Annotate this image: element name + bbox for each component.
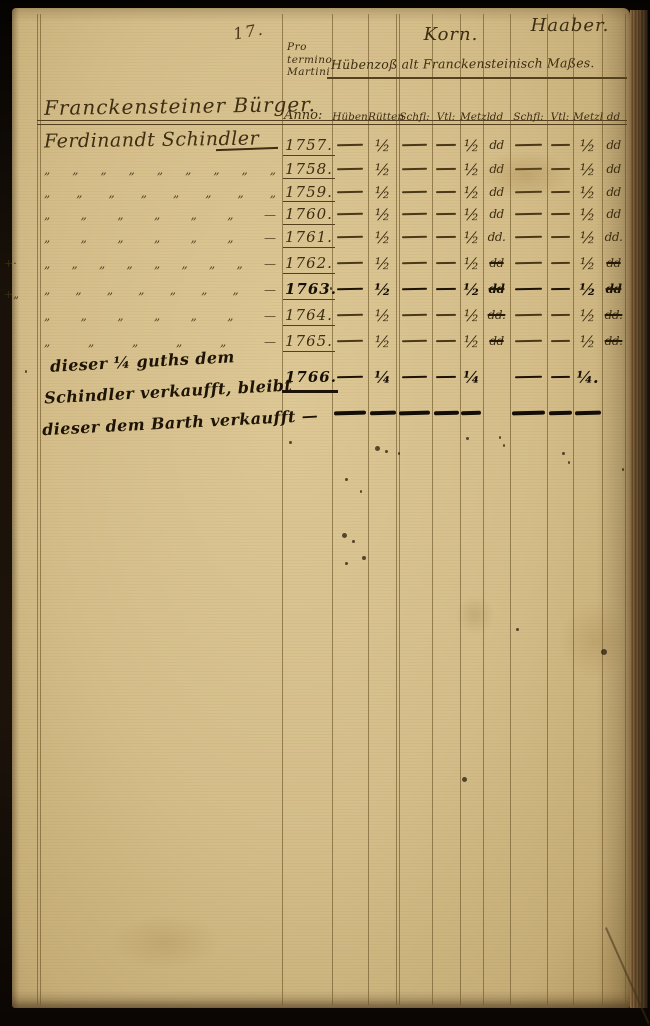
dash-mark: [337, 376, 363, 379]
value-cell: [432, 191, 460, 193]
dash-mark: [515, 168, 542, 170]
dash-mark: [402, 376, 427, 379]
fraction-value: ¼: [374, 368, 391, 387]
value-cell: [397, 376, 432, 378]
anno-year-cell: 1762.: [282, 254, 332, 272]
value-cell: ½: [460, 183, 483, 202]
table-row: 1764.½½dd.½dd.: [282, 304, 625, 326]
ditto-mark: „: [154, 231, 160, 245]
ink-spot: [360, 490, 362, 493]
ditto-mark: „: [182, 257, 188, 271]
value-cell: dd: [602, 207, 625, 221]
dash-mark: [549, 411, 572, 416]
dash-mark: [436, 376, 456, 379]
ditto-dd-mark: dd.: [605, 230, 623, 244]
ditto-mark: —: [264, 283, 276, 297]
value-cell: [332, 236, 368, 238]
ditto-mark: —: [264, 335, 276, 349]
ditto-dd-mark: dd: [489, 282, 505, 296]
dash-mark: [551, 236, 570, 238]
ditto-mark: „: [44, 231, 50, 245]
ditto-dd-mark: dd: [606, 138, 620, 152]
value-cell: [547, 168, 573, 170]
ditto-dd-mark: dd.: [605, 334, 623, 348]
column-header-label: Anno:: [282, 108, 332, 123]
value-cell: dd: [602, 256, 625, 270]
ditto-mark: „: [242, 163, 248, 177]
ditto-row: „„„„„„„„—: [44, 257, 276, 271]
value-cell: [432, 236, 460, 238]
fraction-value: ½: [464, 254, 480, 273]
value-cell: ½: [573, 205, 602, 224]
dash-mark: [551, 288, 570, 291]
value-cell: [397, 314, 432, 316]
dash-mark: [515, 262, 542, 264]
value-cell: [432, 262, 460, 264]
value-cell: ¼: [368, 368, 397, 387]
ditto-dd-mark: dd: [606, 256, 620, 270]
dash-mark: [515, 340, 542, 342]
ditto-dd-mark: dd.: [488, 308, 506, 322]
ditto-mark: —: [264, 231, 276, 245]
fraction-value: ½: [464, 183, 480, 202]
ditto-dd-mark: dd.: [488, 230, 506, 244]
fraction-value: ½: [464, 228, 480, 247]
value-cell: [510, 376, 547, 378]
measure-note: Hübenzoß alt Franckensteinisch Maßes.: [331, 55, 627, 72]
column-header-label: Metzl: [573, 111, 602, 123]
ink-spot: [330, 287, 332, 290]
dash-mark: [402, 262, 427, 264]
value-cell: [432, 213, 460, 215]
ink-spot: [375, 446, 380, 451]
ditto-mark: „: [205, 186, 211, 200]
ruled-vline: [40, 14, 41, 1005]
value-cell: [432, 314, 460, 316]
column-header-label: Schfl:: [510, 111, 547, 123]
value-cell: dd: [483, 282, 510, 296]
ditto-mark: „: [154, 309, 160, 323]
ditto-row: „„„„„„„—: [44, 283, 276, 297]
value-cell: [397, 191, 432, 193]
dash-mark: [515, 288, 542, 291]
ditto-mark: „: [81, 309, 87, 323]
value-cell: dd: [602, 138, 625, 152]
value-cell: [397, 213, 432, 215]
value-cell: dd: [483, 256, 510, 270]
fraction-value: ½: [580, 254, 596, 273]
ditto-mark: „: [44, 257, 50, 271]
ditto-mark: „: [100, 163, 106, 177]
table-row: [282, 402, 625, 424]
ditto-dd-mark: dd: [489, 207, 503, 221]
ditto-mark: „: [44, 283, 50, 297]
value-cell: [332, 314, 368, 316]
value-cell: [460, 411, 483, 415]
value-cell: [547, 236, 573, 238]
value-cell: dd.: [483, 230, 510, 244]
anno-year-cell: 1757.: [282, 136, 332, 154]
ditto-dd-mark: dd: [489, 138, 503, 152]
column-headers: Anno:HübenRüttenSchfl:Vtl:MetzlddSchfl:V…: [282, 101, 625, 123]
value-cell: [332, 340, 368, 342]
ditto-mark: „: [191, 208, 197, 222]
value-cell: dd: [483, 207, 510, 221]
dash-mark: [337, 288, 363, 291]
value-cell: dd: [602, 185, 625, 199]
book-fore-edge: [630, 10, 648, 1008]
ditto-mark: „: [157, 163, 163, 177]
dash-mark: [436, 288, 456, 291]
ditto-row: „„„„„—: [44, 335, 276, 349]
ditto-mark: „: [237, 257, 243, 271]
value-cell: dd: [483, 185, 510, 199]
value-cell: ½: [573, 306, 602, 325]
dash-mark: [436, 168, 456, 170]
value-cell: [332, 262, 368, 264]
ditto-mark: „: [117, 208, 123, 222]
ditto-mark: „: [72, 163, 78, 177]
ditto-mark: „: [233, 283, 239, 297]
value-cell: ½: [573, 183, 602, 202]
dash-mark: [436, 191, 456, 193]
ditto-mark: „: [154, 257, 160, 271]
value-cell: [397, 411, 432, 415]
table-row: 1765.½½dd½dd.: [282, 330, 625, 352]
value-cell: [332, 144, 368, 146]
value-cell: [547, 314, 573, 316]
value-cell: ½: [573, 332, 602, 351]
ditto-row: „„„„„„„„: [44, 186, 276, 200]
anno-year-cell: 1763.: [282, 280, 332, 298]
fraction-value: ½: [375, 183, 391, 202]
fraction-value: ½: [580, 205, 596, 224]
dash-mark: [337, 144, 363, 146]
ditto-row: „„„„„„—: [44, 231, 276, 245]
ditto-mark: „: [227, 309, 233, 323]
value-cell: ½: [368, 332, 397, 351]
column-header-label: Vtl:: [432, 111, 460, 123]
value-cell: [547, 213, 573, 215]
value-cell: dd.: [483, 308, 510, 322]
column-group-korn: Korn.: [396, 24, 506, 45]
value-cell: [397, 288, 432, 290]
fraction-value: ½: [579, 280, 596, 299]
value-cell: [332, 411, 368, 415]
dash-mark: [515, 314, 542, 316]
dash-mark: [436, 314, 456, 316]
anno-year-cell: 1765.: [282, 332, 332, 350]
value-cell: [397, 144, 432, 146]
margin-mark: +„: [4, 288, 19, 301]
value-cell: [397, 168, 432, 170]
value-cell: dd: [602, 282, 625, 296]
ditto-mark: „: [227, 208, 233, 222]
value-cell: [332, 288, 368, 290]
value-cell: [547, 144, 573, 146]
value-cell: [332, 213, 368, 215]
value-cell: [510, 213, 547, 215]
value-cell: ½: [460, 280, 483, 299]
ditto-mark: „: [191, 309, 197, 323]
dash-mark: [399, 411, 430, 416]
value-cell: dd.: [602, 230, 625, 244]
value-cell: [547, 288, 573, 290]
value-cell: ½: [368, 183, 397, 202]
ditto-mark: „: [176, 335, 182, 349]
ditto-dd-mark: dd: [489, 256, 503, 270]
ink-spot: [568, 461, 570, 464]
ditto-dd-mark: dd: [489, 162, 503, 176]
value-cell: [368, 411, 397, 415]
value-cell: dd: [602, 162, 625, 176]
ditto-mark: —: [264, 208, 276, 222]
dash-mark: [402, 144, 427, 146]
ink-spot: [342, 533, 347, 538]
fraction-value: ½: [580, 160, 596, 179]
ditto-mark: „: [44, 309, 50, 323]
value-cell: [510, 262, 547, 264]
ruled-hline: [37, 124, 627, 125]
ditto-mark: „: [88, 335, 94, 349]
ditto-dd-mark: dd: [489, 185, 503, 199]
ditto-mark: „: [185, 163, 191, 177]
value-cell: ½: [368, 228, 397, 247]
anno-year-cell: 1758.: [282, 160, 332, 178]
value-cell: ½: [368, 254, 397, 273]
value-cell: ½: [460, 332, 483, 351]
value-cell: [332, 168, 368, 170]
value-cell: [510, 411, 547, 415]
dash-mark: [337, 314, 363, 316]
dash-mark: [515, 236, 542, 238]
value-cell: dd.: [602, 308, 625, 322]
dash-mark: [515, 144, 542, 146]
table-row: 1766.¼¼¼.: [282, 366, 625, 388]
value-cell: ½: [460, 160, 483, 179]
value-cell: ½: [460, 228, 483, 247]
ditto-mark: „: [154, 208, 160, 222]
fraction-value: ½: [580, 183, 596, 202]
dash-mark: [434, 411, 459, 416]
fraction-value: ½: [580, 228, 596, 247]
fraction-value: ½: [464, 160, 480, 179]
ditto-mark: „: [238, 186, 244, 200]
fraction-value: ¼: [463, 368, 480, 387]
ditto-dd-mark: dd: [606, 207, 620, 221]
ink-spot: [398, 452, 400, 455]
fraction-value: ½: [375, 228, 391, 247]
value-cell: ½: [573, 280, 602, 299]
ditto-mark: —: [264, 309, 276, 323]
value-cell: dd.: [602, 334, 625, 348]
ink-spot: [25, 370, 27, 373]
fraction-value: ½: [463, 280, 480, 299]
ditto-mark: „: [270, 163, 276, 177]
value-cell: [573, 411, 602, 415]
value-cell: [432, 288, 460, 290]
value-cell: dd: [483, 334, 510, 348]
anno-year-cell: 1761.: [282, 228, 332, 246]
ditto-mark: „: [117, 231, 123, 245]
value-cell: [547, 191, 573, 193]
dash-mark: [337, 213, 363, 215]
ditto-mark: „: [107, 283, 113, 297]
dash-mark: [337, 236, 363, 238]
dash-mark: [551, 144, 570, 146]
value-cell: ½: [368, 160, 397, 179]
dash-mark: [551, 314, 570, 316]
dash-mark: [402, 213, 427, 215]
ditto-mark: „: [44, 163, 50, 177]
ink-spot: [503, 444, 505, 447]
ditto-mark: „: [117, 309, 123, 323]
fraction-value: ½: [375, 136, 391, 155]
ditto-mark: „: [76, 186, 82, 200]
pro-termino-label: Pro termino Martini: [287, 41, 332, 79]
dash-mark: [515, 191, 542, 193]
ditto-mark: „: [209, 257, 215, 271]
value-cell: ½: [368, 205, 397, 224]
column-header-label: Rütten: [368, 111, 397, 123]
ditto-mark: „: [44, 335, 50, 349]
dash-mark: [515, 376, 542, 379]
value-cell: [397, 262, 432, 264]
ditto-mark: „: [75, 283, 81, 297]
dash-mark: [337, 168, 363, 170]
value-cell: [547, 262, 573, 264]
dash-mark: [402, 236, 427, 238]
value-cell: [510, 288, 547, 290]
value-cell: [432, 168, 460, 170]
table-row: 1759.½½dd½dd: [282, 181, 625, 203]
ink-spot: [622, 468, 624, 471]
ruled-hline: [327, 77, 627, 79]
dash-mark: [436, 236, 456, 238]
value-cell: [510, 168, 547, 170]
table-row: 1763.½½dd½dd: [282, 278, 625, 300]
dash-mark: [402, 191, 427, 193]
fraction-value: ½: [375, 205, 391, 224]
ditto-mark: „: [201, 283, 207, 297]
ditto-mark: „: [132, 335, 138, 349]
ditto-mark: —: [264, 257, 276, 271]
dash-mark: [436, 262, 456, 264]
fraction-value: ½: [464, 332, 480, 351]
ditto-mark: „: [81, 231, 87, 245]
value-cell: ¼.: [573, 368, 602, 387]
dash-mark: [551, 168, 570, 170]
value-cell: [397, 340, 432, 342]
fraction-value: ½: [464, 136, 480, 155]
fraction-value: ½: [374, 280, 391, 299]
dash-mark: [402, 314, 427, 316]
value-cell: ½: [573, 160, 602, 179]
value-cell: [510, 236, 547, 238]
value-cell: [432, 144, 460, 146]
value-cell: [547, 340, 573, 342]
table-row: 1757.½½dd½dd: [282, 134, 625, 156]
ditto-mark: „: [129, 163, 135, 177]
column-header-label: Hüben: [332, 111, 368, 123]
value-cell: [510, 144, 547, 146]
column-header-label: Schfl:: [397, 111, 432, 123]
anno-year-cell: 1764.: [282, 306, 332, 324]
dash-mark: [337, 262, 363, 264]
dash-mark: [575, 411, 601, 416]
fraction-value: ½: [375, 254, 391, 273]
value-cell: [432, 411, 460, 415]
ditto-mark: „: [72, 257, 78, 271]
ruled-vline: [625, 14, 626, 1005]
fraction-value: ½: [375, 306, 391, 325]
column-header-label: Vtl:: [547, 111, 573, 123]
ink-spot: [601, 649, 607, 655]
ditto-mark: „: [44, 208, 50, 222]
dash-mark: [337, 191, 363, 193]
dash-mark: [551, 213, 570, 215]
column-header-label: dd: [483, 111, 510, 123]
column-group-haaber: Haaber.: [516, 15, 624, 36]
fraction-value: ½: [464, 306, 480, 325]
ditto-mark: „: [127, 257, 133, 271]
value-cell: ½: [460, 254, 483, 273]
value-cell: ½: [573, 136, 602, 155]
dash-mark: [402, 288, 427, 291]
ditto-mark: „: [173, 186, 179, 200]
table-row: 1760.½½dd½dd: [282, 203, 625, 225]
value-cell: ½: [460, 306, 483, 325]
fraction-value: ½: [375, 160, 391, 179]
fraction-value: ½: [580, 306, 596, 325]
anno-year-cell: 1760.: [282, 205, 332, 223]
fraction-value: ¼.: [576, 368, 598, 387]
dash-mark: [334, 411, 366, 416]
value-cell: ½: [460, 205, 483, 224]
dash-mark: [512, 411, 545, 416]
ditto-mark: „: [213, 163, 219, 177]
ditto-dd-mark: dd.: [605, 308, 623, 322]
value-cell: ½: [368, 136, 397, 155]
value-cell: dd: [483, 162, 510, 176]
ditto-dd-mark: dd: [606, 162, 620, 176]
ditto-row: „„„„„„—: [44, 208, 276, 222]
fraction-value: ½: [580, 136, 596, 155]
value-cell: [332, 191, 368, 193]
ditto-mark: „: [141, 186, 147, 200]
ditto-dd-mark: dd: [606, 282, 622, 296]
ditto-mark: „: [191, 231, 197, 245]
table-row: 1761.½½dd.½dd.: [282, 226, 625, 248]
value-cell: ¼: [460, 368, 483, 387]
table-row: 1758.½½dd½dd: [282, 158, 625, 180]
owner-header: Franckensteiner Bürger.: [44, 92, 316, 120]
dash-mark: [402, 340, 427, 342]
ink-spot: [499, 436, 501, 439]
ditto-mark: „: [109, 186, 115, 200]
value-cell: [510, 314, 547, 316]
margin-mark: +·: [4, 257, 17, 270]
value-cell: ½: [573, 254, 602, 273]
dash-mark: [461, 411, 481, 416]
dash-mark: [551, 376, 570, 379]
ditto-mark: „: [44, 186, 50, 200]
value-cell: [510, 340, 547, 342]
ditto-mark: „: [170, 283, 176, 297]
value-cell: ½: [368, 280, 397, 299]
value-cell: ½: [573, 228, 602, 247]
value-cell: [432, 376, 460, 378]
